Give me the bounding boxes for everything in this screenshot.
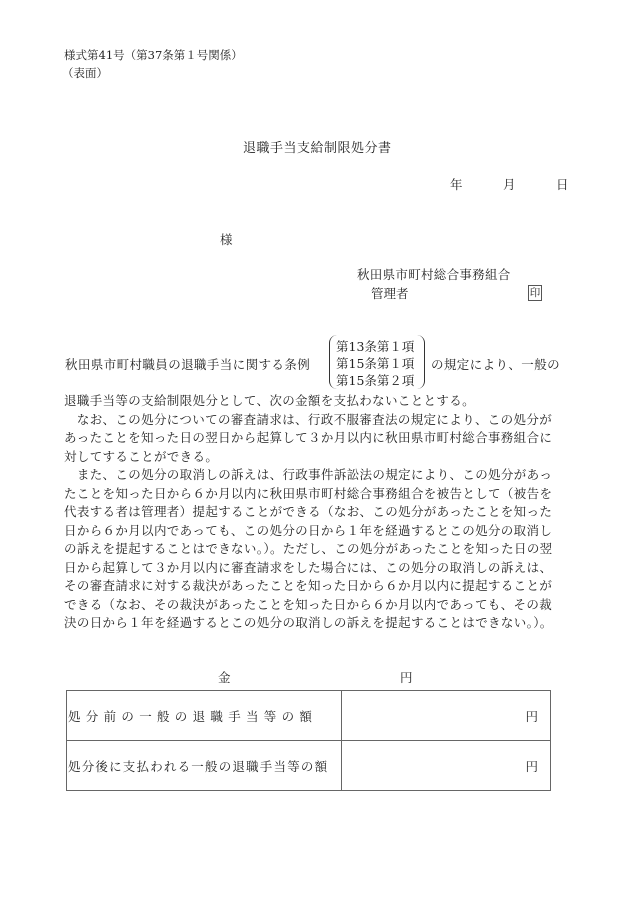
clause-bracket: 第13条第１項 第15条第１項 第15条第２項 [329, 335, 425, 389]
row-unit: 円 [525, 709, 538, 724]
date-day-label: 日 [556, 175, 569, 193]
amount-label: 金 [218, 668, 231, 686]
side-label: （表面） [62, 65, 108, 81]
row-value-after[interactable]: 円 [342, 741, 551, 791]
row-value-before[interactable]: 円 [342, 691, 551, 741]
issuer-title: 管理者 [371, 284, 409, 302]
row-unit: 円 [525, 759, 538, 774]
document-title: 退職手当支給制限処分書 [243, 137, 392, 156]
date-month-label: 月 [503, 175, 516, 193]
amount-table: 処分前の一般の退職手当等の額 円 処分後に支払われる一般の退職手当等の額 円 [66, 690, 551, 791]
row-label-before: 処分前の一般の退職手当等の額 [67, 691, 342, 741]
body-paragraph: 退職手当等の支給制限処分として、次の金額を支払わないこととする。 [64, 392, 564, 411]
table-row: 処分後に支払われる一般の退職手当等の額 円 [67, 741, 551, 791]
table-row: 処分前の一般の退職手当等の額 円 [67, 691, 551, 741]
clause-item: 第13条第１項 [336, 337, 414, 355]
amount-unit: 円 [400, 668, 413, 686]
body-paragraph: なお、この処分についての審査請求は、行政不服審査法の規定により、この処分があった… [64, 411, 564, 467]
clause-item: 第15条第１項 [336, 354, 414, 372]
clause-item: 第15条第２項 [336, 371, 414, 389]
row-label-after: 処分後に支払われる一般の退職手当等の額 [67, 741, 342, 791]
ordinance-name: 秋田県市町村職員の退職手当に関する条例 [65, 355, 310, 373]
recipient-honorific: 様 [220, 230, 233, 248]
issuer-organization: 秋田県市町村総合事務組合 [357, 265, 511, 283]
seal-icon: 印 [528, 285, 542, 301]
form-number: 様式第41号（第37条第１号関係） [64, 47, 243, 63]
date-year-label: 年 [450, 175, 463, 193]
body-text: 退職手当等の支給制限処分として、次の金額を支払わないこととする。 なお、この処分… [64, 392, 564, 633]
ordinance-suffix: の規定により、一般の [431, 355, 560, 373]
body-paragraph: また、この処分の取消しの訴えは、行政事件訴訟法の規定により、この処分があったこと… [64, 466, 564, 633]
